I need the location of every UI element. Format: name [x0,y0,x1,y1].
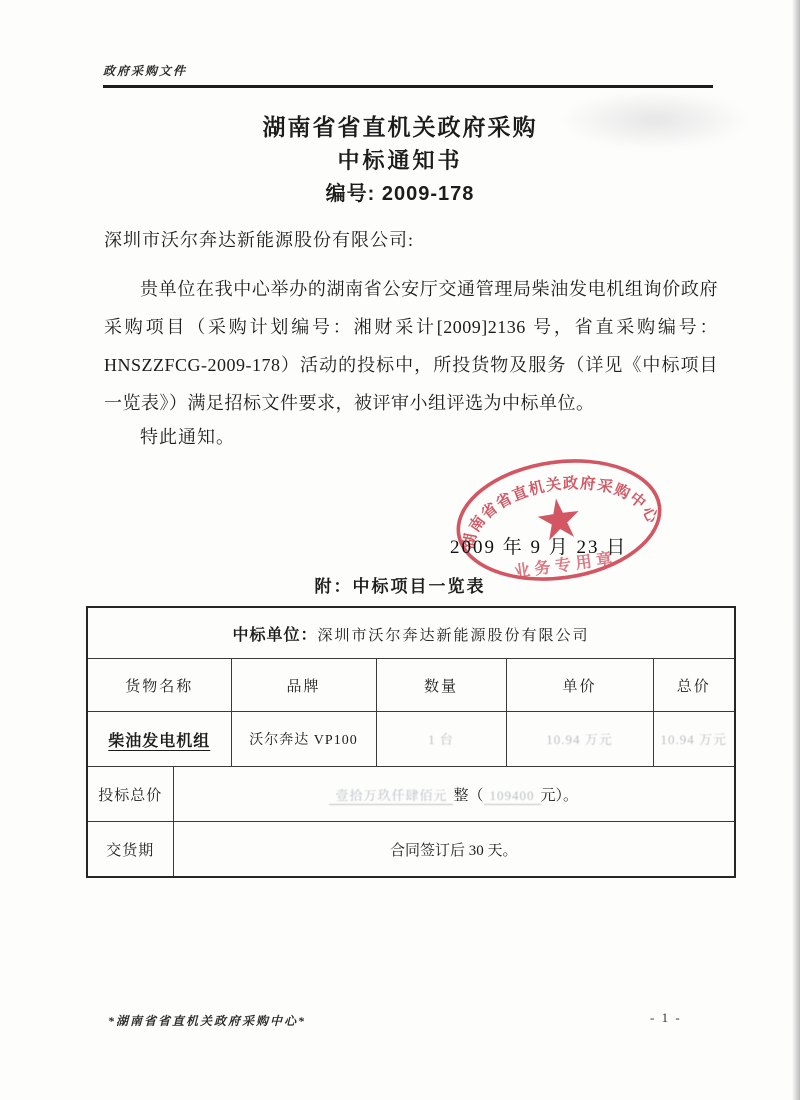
table-row-bid-total: 投标总价 壹拾万玖仟肆佰元整（109400元）。 [87,767,735,822]
document-number: 编号: 2009-178 [0,178,800,210]
attachment-title: 附：中标项目一览表 [0,572,800,597]
brand-name: 沃尔奔达 VP100 [249,733,357,748]
document-header-label: 政府采购文件 [103,62,187,79]
bid-total-label: 投标总价 [87,767,173,822]
closing-line: 特此通知。 [104,423,235,449]
notice-body-paragraph: 贵单位在我中心举办的湖南省公安厅交通管理局柴油发电机组询价政府采购项目（采购计划… [104,270,718,422]
page-number: - 1 - [650,1010,682,1026]
title-block: 湖南省省直机关政府采购 中标通知书 编号: 2009-178 [0,110,800,210]
winner-label: 中标单位： [232,627,317,644]
delivery-label: 交货期 [87,822,173,878]
unit-price-value-faded: 10.94 万元 [546,732,613,747]
delivery-value: 合同签订后 30 天。 [173,822,735,878]
table-row-delivery: 交货期 合同签订后 30 天。 [87,822,735,878]
column-header-unit-price: 单价 [506,659,653,712]
table-row-winner: 中标单位：深圳市沃尔奔达新能源股份有限公司 [87,607,735,659]
scanned-document-page: 政府采购文件 湖南省省直机关政府采购 中标通知书 编号: 2009-178 深圳… [0,0,800,1100]
column-header-brand: 品牌 [231,659,376,712]
addressee-line: 深圳市沃尔奔达新能源股份有限公司: [104,226,414,252]
table-header-row: 货物名称 品牌 数量 单价 总价 [87,659,735,712]
bid-total-amount-num-faded: 109400 [484,788,541,805]
column-header-quantity: 数量 [376,659,506,712]
total-price-value-faded: 10.94 万元 [660,732,727,747]
winner-company-name: 深圳市沃尔奔达新能源股份有限公司 [318,628,590,644]
quantity-value-faded: 1 台 [428,732,454,747]
bid-total-amount-cn-faded: 壹拾万玖仟肆佰元 [329,788,453,805]
footer-center-name: *湖南省省直机关政府采购中心* [108,1012,306,1029]
organization-title: 湖南省省直机关政府采购 [0,110,800,144]
bid-total-end-text: 元）。 [541,788,579,804]
issue-date: 2009 年 9 月 23 日 [450,532,627,559]
award-items-table: 中标单位：深圳市沃尔奔达新能源股份有限公司 货物名称 品牌 数量 单价 总价 柴… [86,606,736,878]
column-header-goods: 货物名称 [87,659,231,712]
goods-name: 柴油发电机组 [108,733,210,750]
column-header-total-price: 总价 [653,659,735,712]
bid-total-value: 壹拾万玖仟肆佰元整（109400元）。 [173,767,735,822]
header-rule [103,85,713,88]
bid-total-mid-text: 整（ [453,788,483,804]
document-title: 中标通知书 [0,144,800,178]
table-row-item: 柴油发电机组 沃尔奔达 VP100 1 台 10.94 万元 10.94 万元 [87,712,735,767]
winner-cell: 中标单位：深圳市沃尔奔达新能源股份有限公司 [87,607,735,659]
